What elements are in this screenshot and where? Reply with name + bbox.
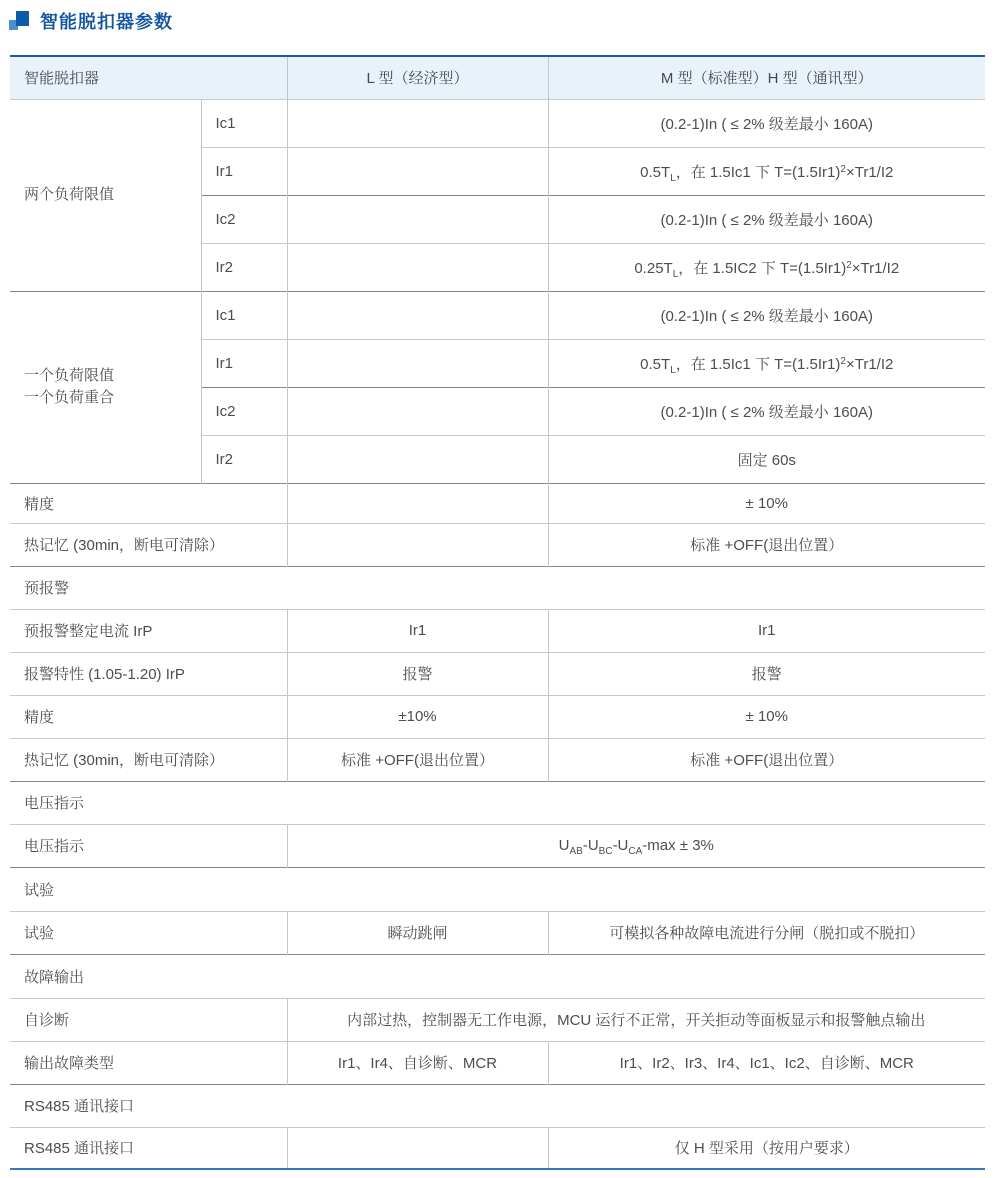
table-row: 两个负荷限值 Ic1 (0.2-1)In ( ≤ 2% 级差最小 160A) [10,99,985,147]
param-cell: Ir2 [201,243,287,291]
table-row: 输出故障类型 Ir1、Ir4、自诊断、MCR Ir1、Ir2、Ir3、Ir4、I… [10,1041,985,1084]
table-row: RS485 通讯接口 仅 H 型采用（按用户要求） [10,1127,985,1169]
value-cell: Ir1、Ir4、自诊断、MCR [287,1041,548,1084]
page-title-bar: 智能脱扣器参数 [8,8,173,34]
row-label: 预报警整定电流 IrP [10,609,287,652]
param-cell: Ic1 [201,99,287,147]
param-cell: Ic2 [201,195,287,243]
section-squares-icon [8,8,32,34]
value-cell: ±10% [287,695,548,738]
section-row: 电压指示 [10,781,985,824]
table-row: 自诊断 内部过热，控制器无工作电源，MCU 运行不正常，开关拒动等面板显示和报警… [10,998,985,1041]
section-title: 预报警 [10,566,985,609]
value-cell: (0.2-1)In ( ≤ 2% 级差最小 160A) [548,195,985,243]
value-cell: 标准 +OFF(退出位置） [548,738,985,781]
row-label: 热记忆 (30min，断电可清除） [10,523,287,566]
param-cell: Ic2 [201,387,287,435]
value-cell: (0.2-1)In ( ≤ 2% 级差最小 160A) [548,291,985,339]
empty-cell [287,483,548,523]
param-cell: Ir1 [201,339,287,387]
value-cell: 固定 60s [548,435,985,483]
section-title: 试验 [10,867,985,911]
value-cell: 标准 +OFF(退出位置） [287,738,548,781]
value-cell: 0.5TL，在 1.5Ic1 下 T=(1.5Ir1)2×Tr1/I2 [548,147,985,195]
row-label: 报警特性 (1.05-1.20) IrP [10,652,287,695]
header-cell-type-l: L 型（经济型） [287,56,548,99]
empty-cell [287,195,548,243]
section-title: 故障输出 [10,954,985,998]
value-cell: 报警 [548,652,985,695]
group1-label: 两个负荷限值 [10,99,201,291]
empty-cell [287,387,548,435]
table-row: 报警特性 (1.05-1.20) IrP 报警 报警 [10,652,985,695]
value-cell: Ir1、Ir2、Ir3、Ir4、Ic1、Ic2、自诊断、MCR [548,1041,985,1084]
value-cell: (0.2-1)In ( ≤ 2% 级差最小 160A) [548,99,985,147]
row-label: 热记忆 (30min，断电可清除） [10,738,287,781]
value-cell: 可模拟各种故障电流进行分闸（脱扣或不脱扣） [548,911,985,954]
group2-label: 一个负荷限值 一个负荷重合 [10,291,201,483]
empty-cell [287,1127,548,1169]
empty-cell [287,147,548,195]
section-row: 故障输出 [10,954,985,998]
empty-cell [287,243,548,291]
value-cell: ± 10% [548,695,985,738]
row-label: 精度 [10,483,287,523]
section-title: 电压指示 [10,781,985,824]
section-row: RS485 通讯接口 [10,1084,985,1127]
empty-cell [287,523,548,566]
row-label: RS485 通讯接口 [10,1127,287,1169]
table-row: 试验 瞬动跳闸 可模拟各种故障电流进行分闸（脱扣或不脱扣） [10,911,985,954]
section-row: 试验 [10,867,985,911]
group2-label-line1: 一个负荷限值 [24,365,200,387]
value-cell: 仅 H 型采用（按用户要求） [548,1127,985,1169]
table-row: 热记忆 (30min，断电可清除） 标准 +OFF(退出位置） [10,523,985,566]
param-cell: Ir1 [201,147,287,195]
value-cell: 0.5TL，在 1.5Ic1 下 T=(1.5Ir1)2×Tr1/I2 [548,339,985,387]
section-row: 预报警 [10,566,985,609]
row-label: 精度 [10,695,287,738]
table-row: 精度 ± 10% [10,483,985,523]
value-cell: Ir1 [287,609,548,652]
group2-label-line2: 一个负荷重合 [24,387,200,409]
table-row: 精度 ±10% ± 10% [10,695,985,738]
empty-cell [287,99,548,147]
param-cell: Ir2 [201,435,287,483]
value-cell: 报警 [287,652,548,695]
value-cell: 标准 +OFF(退出位置） [548,523,985,566]
value-cell: UAB-UBC-UCA-max ± 3% [287,824,985,867]
empty-cell [287,291,548,339]
page-title: 智能脱扣器参数 [40,8,173,34]
table-row: 电压指示 UAB-UBC-UCA-max ± 3% [10,824,985,867]
value-cell: Ir1 [548,609,985,652]
row-label: 电压指示 [10,824,287,867]
value-cell: 内部过热，控制器无工作电源，MCU 运行不正常，开关拒动等面板显示和报警触点输出 [287,998,985,1041]
value-cell: (0.2-1)In ( ≤ 2% 级差最小 160A) [548,387,985,435]
header-cell-type-mh: M 型（标准型）H 型（通讯型） [548,56,985,99]
row-label: 试验 [10,911,287,954]
row-label: 自诊断 [10,998,287,1041]
table-header-row: 智能脱扣器 L 型（经济型） M 型（标准型）H 型（通讯型） [10,56,985,99]
table-row: 一个负荷限值 一个负荷重合 Ic1 (0.2-1)In ( ≤ 2% 级差最小 … [10,291,985,339]
table-row: 预报警整定电流 IrP Ir1 Ir1 [10,609,985,652]
param-cell: Ic1 [201,291,287,339]
section-title: RS485 通讯接口 [10,1084,985,1127]
value-cell: ± 10% [548,483,985,523]
value-cell: 0.25TL，在 1.5IC2 下 T=(1.5Ir1)2×Tr1/I2 [548,243,985,291]
row-label: 输出故障类型 [10,1041,287,1084]
value-cell: 瞬动跳闸 [287,911,548,954]
empty-cell [287,435,548,483]
empty-cell [287,339,548,387]
big-square-icon [16,11,29,26]
table-row: 热记忆 (30min，断电可清除） 标准 +OFF(退出位置） 标准 +OFF(… [10,738,985,781]
header-cell-trip-unit: 智能脱扣器 [10,56,287,99]
trip-unit-parameter-table: 智能脱扣器 L 型（经济型） M 型（标准型）H 型（通讯型） 两个负荷限值 I… [10,55,985,1170]
